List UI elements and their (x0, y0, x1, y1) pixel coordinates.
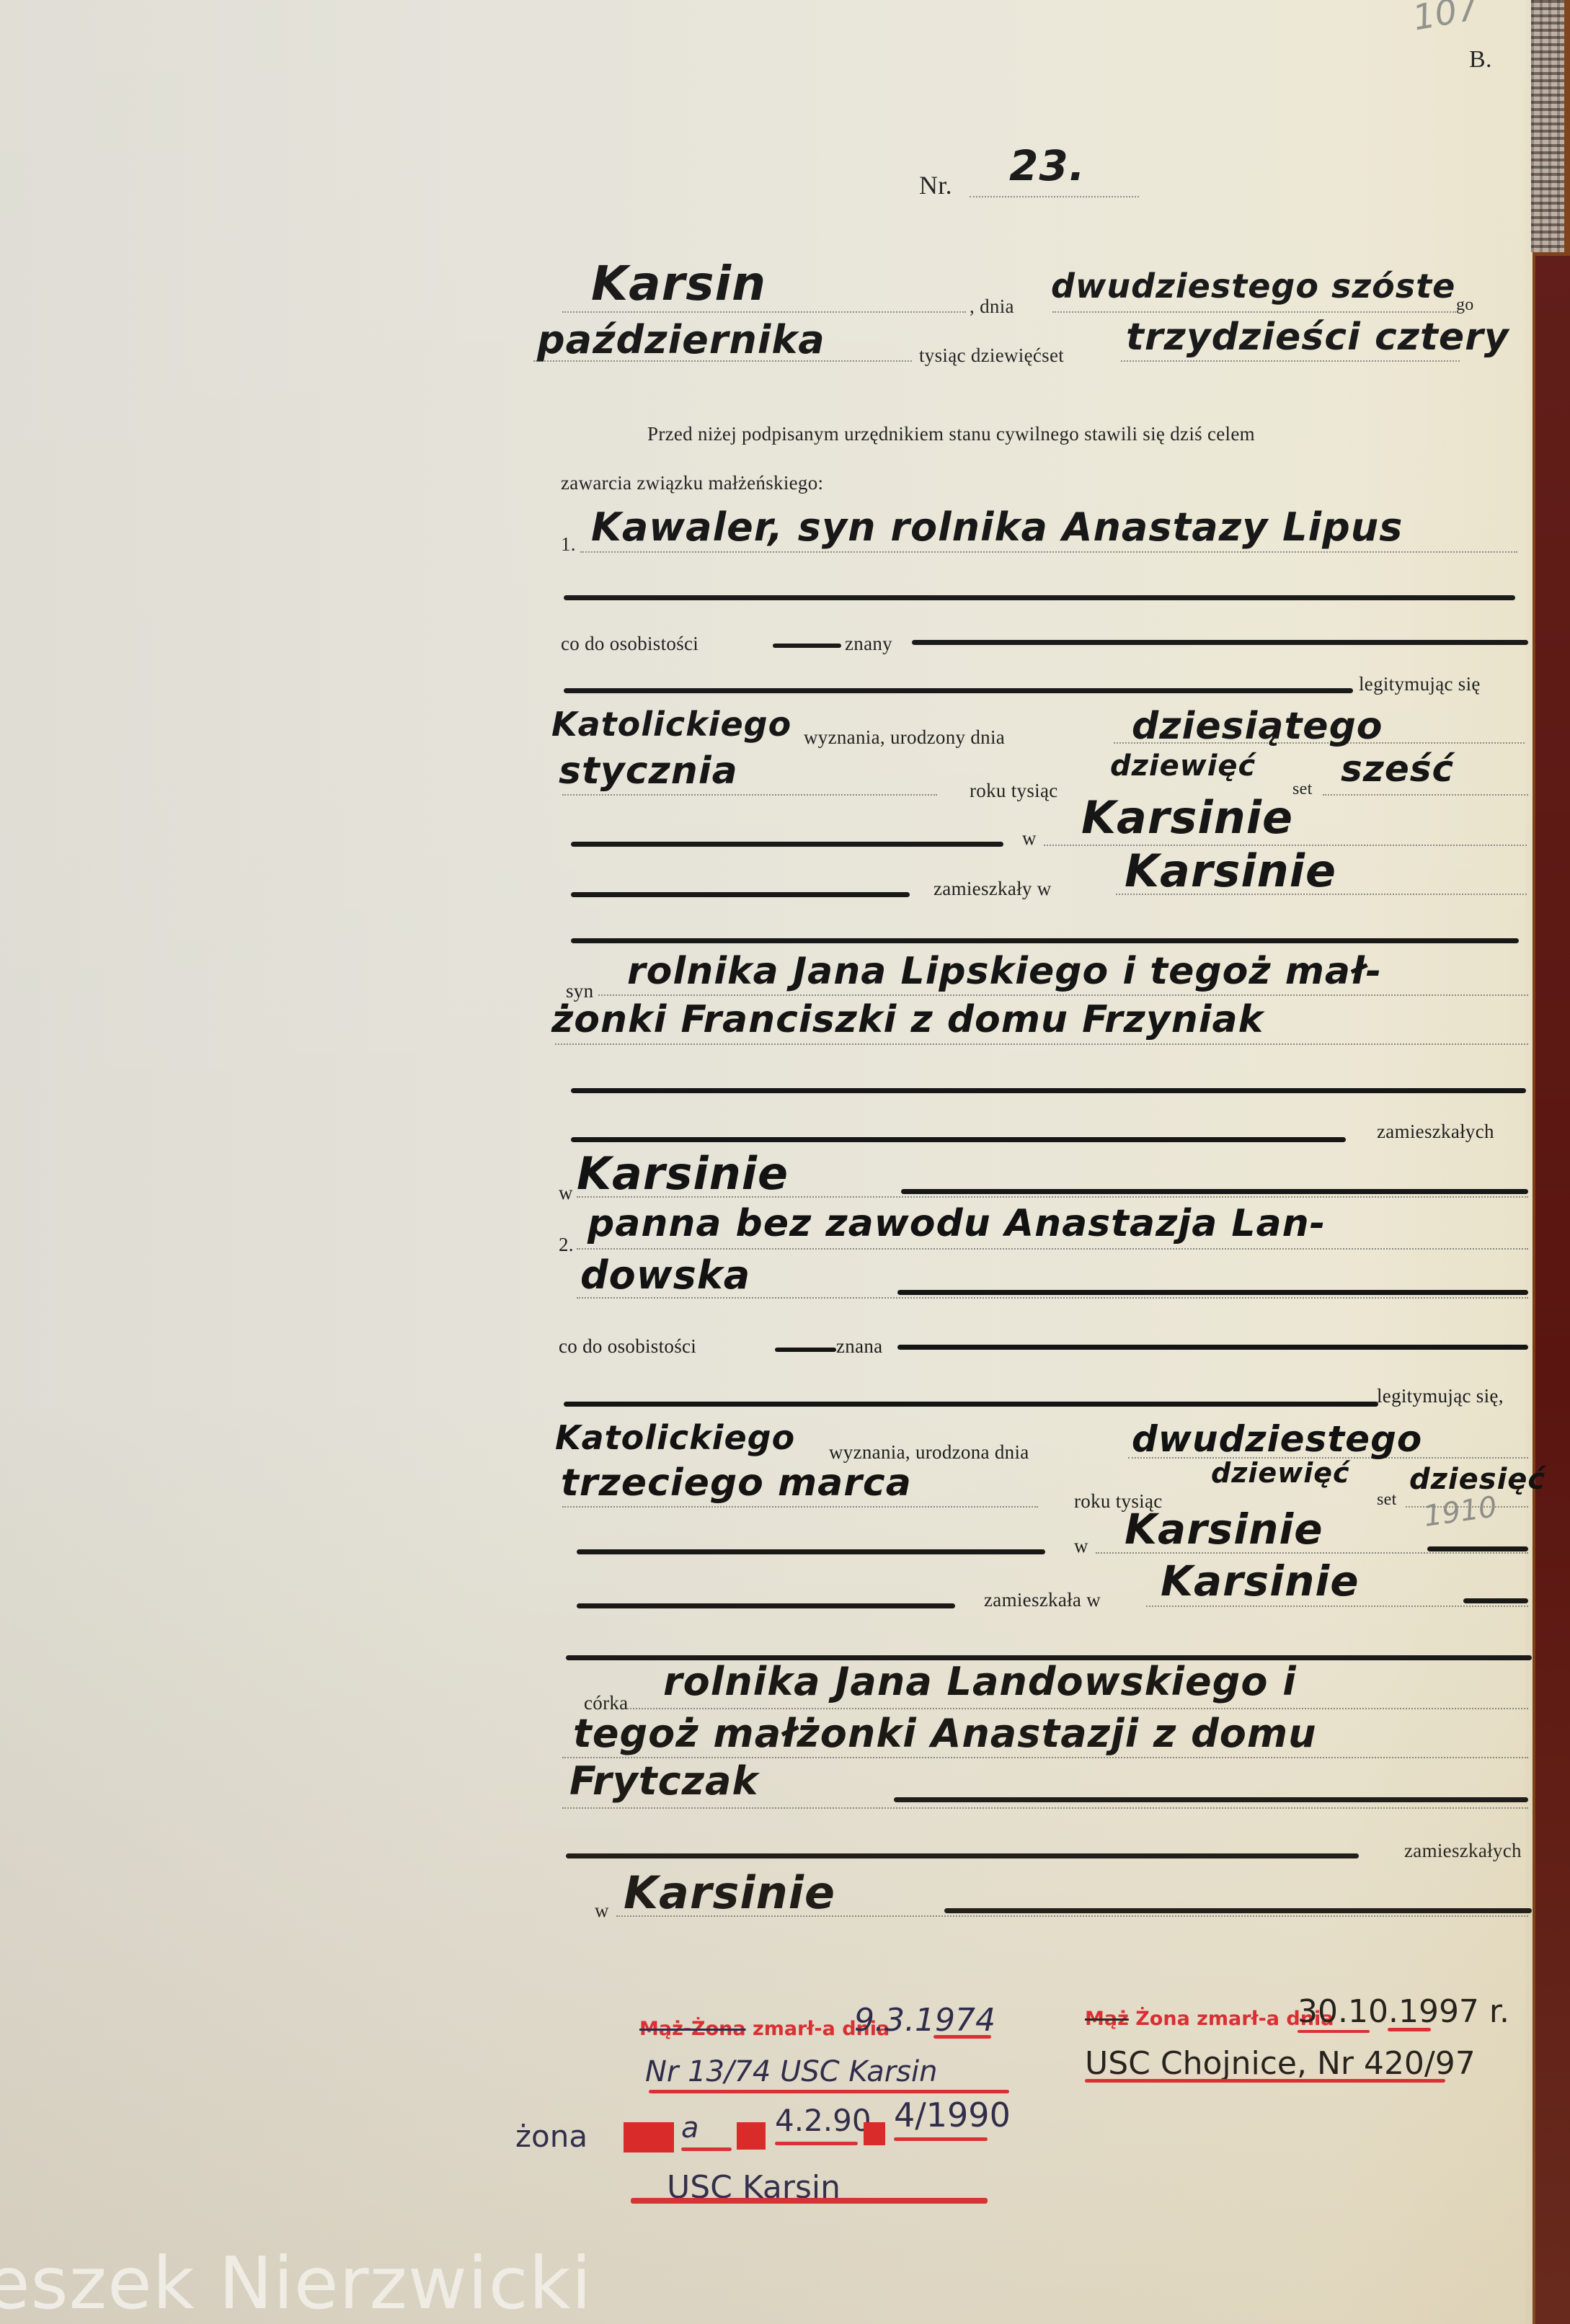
red-underline (1085, 2079, 1445, 2083)
wife-note-label: żona (515, 2119, 587, 2154)
strike-bar (566, 1853, 1359, 1858)
strike-bar (571, 842, 1003, 847)
month: października (537, 317, 825, 362)
wife-note-number: 4/1990 (894, 2096, 1011, 2134)
bride-description-line-1 (577, 1248, 1528, 1250)
strike-bar (571, 938, 1519, 943)
strike-bar (1427, 1546, 1528, 1551)
groom-birth-place: Karsinie (1081, 791, 1293, 844)
red-underline (649, 2090, 1009, 2093)
groom-parents-line-1 (598, 994, 1528, 996)
red-stamp-block (864, 2122, 885, 2145)
day-suffix: go (1456, 295, 1474, 315)
bride-birth-month-line (562, 1506, 1038, 1508)
day-line (1052, 311, 1456, 313)
groom-religion: Katolickiego (551, 705, 791, 744)
record-number: 23. (1009, 141, 1086, 190)
red-underline (681, 2147, 732, 2151)
left-stamp-date: 9.3.1974 (854, 2002, 995, 2039)
groom-identity-status: znany (845, 633, 892, 655)
intro-line-1: Przed niżej podpisanym urzędnikiem stanu… (647, 423, 1255, 445)
groom-parents-residence-label: zamieszkałych (1377, 1121, 1494, 1143)
red-underline (775, 2142, 858, 2145)
groom-year-line (1323, 794, 1528, 796)
bride-legit-label: legitymując się, (1377, 1385, 1504, 1407)
strike-bar (775, 1348, 836, 1352)
right-stamp-reference: USC Chojnice, Nr 420/97 (1085, 2045, 1476, 2082)
groom-birth-month-line (562, 794, 937, 796)
bride-birth-day: dwudziestego (1132, 1418, 1422, 1460)
strike-bar (571, 1137, 1346, 1142)
bride-residence-line (1146, 1606, 1528, 1607)
left-stamp-struck: Mąż-Żona (639, 2018, 746, 2040)
groom-number: 1. (561, 533, 576, 556)
groom-residence-label: zamieszkały w (933, 878, 1052, 900)
groom-description: Kawaler, syn rolnika Anastazy Lipus (591, 504, 1403, 550)
strike-bar (897, 1290, 1528, 1295)
photographer-watermark: eszek Nierzwicki (0, 2241, 592, 2324)
bride-residence: Karsinie (1161, 1557, 1360, 1606)
year-prefix-label: tysiąc dziewięćset (919, 344, 1064, 367)
pencil-page-number: 107 (1410, 0, 1482, 39)
strike-bar (564, 688, 1353, 693)
bride-description-2: dowska (580, 1252, 750, 1298)
bride-birth-place: Karsinie (1125, 1505, 1323, 1554)
bride-parents-in-label: w (595, 1900, 609, 1922)
record-number-label: Nr. (919, 170, 952, 200)
day-words: dwudziestego szóste (1051, 267, 1455, 306)
bride-year-rest: dziesięć (1409, 1463, 1545, 1496)
strike-bar (1463, 1598, 1528, 1603)
red-underline (1298, 2030, 1370, 2033)
groom-description-line (580, 551, 1517, 553)
pencil-year-note: 1910 (1422, 1490, 1499, 1533)
bride-birth-month: trzeciego marca (561, 1461, 912, 1505)
bride-in-label: w (1074, 1535, 1088, 1557)
left-stamp: Mąż-Żona zmarł-a dnia (639, 2018, 890, 2040)
strike-bar (894, 1797, 1528, 1802)
bride-identity-label: co do osobistości (559, 1335, 696, 1358)
groom-residence: Karsinie (1125, 845, 1336, 897)
groom-birth-month: stycznia (559, 749, 738, 793)
year-words: trzydzieści cztery (1126, 316, 1509, 359)
bride-birth-label: wyznania, urodzona dnia (829, 1441, 1029, 1464)
wife-note-date: 4.2.90 (775, 2103, 872, 2138)
left-stamp-reference: Nr 13/74 USC Karsin (645, 2055, 937, 2088)
bride-set-label: set (1377, 1490, 1397, 1510)
red-underline (631, 2198, 988, 2204)
bride-parents-line-3 (562, 1807, 1528, 1809)
right-stamp-struck: Mąż (1085, 2008, 1129, 2030)
bride-parents-line-1 (627, 1708, 1528, 1709)
page-edge (1525, 0, 1533, 2324)
groom-identity-label: co do osobistości (561, 633, 698, 655)
bride-description-1: panna bez zawodu Anastazja Lan- (587, 1202, 1326, 1245)
bride-year-hundreds: dziewięć (1211, 1457, 1350, 1489)
red-underline (1388, 2028, 1431, 2031)
intro-line-2: zawarcia związku małżeńskiego: (561, 472, 823, 494)
red-stamp-block (624, 2122, 674, 2152)
wife-note-suffix: a (681, 2111, 699, 2145)
groom-year-rest: sześć (1341, 748, 1454, 790)
bride-parents-3: Frytczak (569, 1758, 758, 1804)
right-stamp-date: 30.10.1997 r. (1298, 1993, 1509, 2030)
book-binding (1525, 0, 1570, 2324)
red-stamp-block (737, 2122, 766, 2150)
strike-bar (901, 1189, 1528, 1194)
dnia-label: , dnia (970, 295, 1014, 318)
right-stamp: Mąż Żona zmarł-a dnia (1085, 2008, 1334, 2030)
groom-year-label: roku tysiąc (970, 780, 1058, 802)
bride-parents-2: tegoż małżonki Anastazji z domu (573, 1711, 1317, 1756)
place-line (562, 311, 966, 313)
bride-parents-residence-label: zamieszkałych (1404, 1840, 1522, 1862)
groom-in-label: w (1022, 827, 1037, 850)
binding-cover (1535, 256, 1570, 2324)
place: Karsin (591, 256, 766, 311)
groom-parents-2: żonki Franciszki z domu Frzyniak (551, 998, 1264, 1041)
strike-bar (944, 1908, 1532, 1913)
strike-bar (577, 1549, 1045, 1554)
red-underline (894, 2137, 988, 2141)
strike-bar (577, 1603, 955, 1608)
right-stamp-ref: , Nr 420/97 (1297, 2045, 1476, 2082)
record-number-line (970, 196, 1139, 197)
groom-parents-residence: Karsinie (577, 1147, 789, 1200)
bride-number: 2. (559, 1234, 574, 1256)
groom-year-hundreds: dziewięć (1110, 749, 1256, 783)
bride-religion: Katolickiego (555, 1418, 795, 1457)
strike-bar (571, 892, 910, 897)
right-stamp-office: USC Chojnice (1085, 2045, 1297, 2082)
strike-bar (912, 640, 1528, 645)
groom-parents-1: rolnika Jana Lipskiego i tegoż mał- (627, 950, 1382, 993)
groom-legit-label: legitymując się (1359, 673, 1481, 695)
form-letter: B. (1469, 46, 1492, 74)
bride-parents-1: rolnika Jana Landowskiego i (663, 1659, 1297, 1704)
strike-bar (773, 644, 841, 648)
groom-birth-label: wyznania, urodzony dnia (804, 726, 1005, 749)
left-stamp-nr: Nr (645, 2055, 678, 2088)
red-underline (933, 2035, 991, 2039)
left-stamp-ref: 13/74 USC Karsin (688, 2055, 937, 2088)
strike-bar (897, 1345, 1528, 1350)
bride-parents-residence: Karsinie (624, 1866, 835, 1919)
groom-birth-day: dziesiątego (1132, 705, 1383, 748)
strike-bar (564, 595, 1515, 600)
groom-parents-in-label: w (559, 1182, 573, 1204)
year-line (1121, 360, 1460, 362)
groom-parents-line-2 (555, 1043, 1528, 1045)
bride-identity-status: znana (836, 1335, 882, 1358)
strike-bar (564, 1402, 1378, 1407)
groom-set-label: set (1292, 780, 1313, 799)
bride-residence-label: zamieszkała w (984, 1589, 1101, 1611)
strike-bar (571, 1088, 1526, 1093)
binding-cloth-texture (1531, 0, 1564, 252)
